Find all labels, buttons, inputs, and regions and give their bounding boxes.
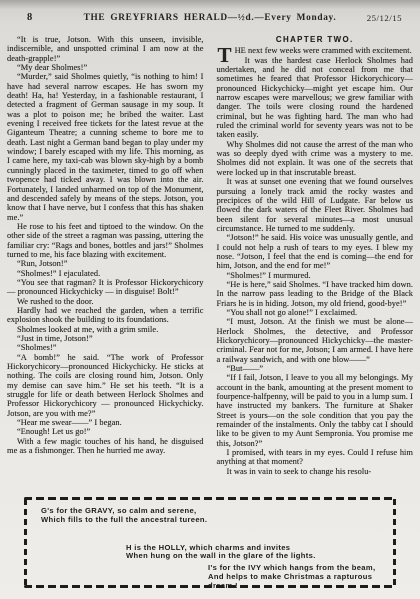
chapter-heading: CHAPTER TWO. — [217, 35, 414, 44]
paragraph: Sholmes looked at me, with a grim smile. — [7, 325, 204, 334]
paragraph: “You shall not go alone!” I exclaimed. — [217, 308, 414, 317]
opening-paragraph: THE next few weeks were crammed with exc… — [217, 46, 414, 55]
masthead-title: THE GREYFRIARS HERALD—½d.—Every Monday. — [0, 13, 420, 23]
verse-line: When hung on the wall in the glare of th… — [126, 552, 384, 561]
verse-2: H is the HOLLY, which charms and invites… — [126, 544, 384, 562]
paragraph: Hardly had we reached the garden, when a… — [7, 306, 204, 325]
paragraph: “Sholmes!” I ejaculated. — [7, 269, 204, 278]
page-header: 8 THE GREYFRIARS HERALD—½d.—Every Monday… — [0, 12, 420, 28]
paragraph: With a few magic touches of his hand, he… — [7, 437, 204, 456]
paragraph: “Hear me swear——” I began. — [7, 418, 204, 427]
paragraph: “It is true, Jotson. With this unseen, i… — [7, 35, 204, 63]
paragraph: It was in vain to seek to change his res… — [217, 467, 414, 476]
paragraph: “Sholmes!” — [7, 343, 204, 352]
paragraph: “My dear Sholmes!” — [7, 63, 204, 72]
verse-box-border-right — [393, 499, 396, 586]
paragraph: “Jotson!” he said. His voice was unusual… — [217, 233, 414, 270]
opening-paragraph-text: HE next few weeks were crammed with exci… — [235, 46, 412, 55]
paragraph: It was the hardest case Herlock Sholmes … — [217, 56, 414, 140]
verse-line: Which fills to the full the ancestral tu… — [41, 516, 384, 525]
verse-box-border-bottom — [24, 585, 396, 588]
verse-box-border-top — [24, 497, 396, 500]
paragraph: He rose to his feet and tiptoed to the w… — [7, 222, 204, 259]
paragraph: “You see that ragman? It is Professor Hi… — [7, 278, 204, 297]
paragraph: “But——” — [217, 364, 414, 373]
issue-date: 25/12/15 — [367, 13, 402, 23]
paragraph: It was at sunset one evening that we fou… — [217, 177, 414, 233]
left-column: “It is true, Jotson. With this unseen, i… — [7, 35, 204, 484]
verse-1: G's for the GRAVY, so calm and serene,Wh… — [41, 507, 384, 525]
paragraph: “I must, Jotson. At the finish we must b… — [217, 317, 414, 364]
paragraph: “Murder,” said Sholmes quietly, “is noth… — [7, 72, 204, 222]
drop-cap: T — [217, 46, 235, 64]
newspaper-page: 8 THE GREYFRIARS HERALD—½d.—Every Monday… — [0, 0, 420, 599]
paragraph: Why Sholmes did not cause the arrest of … — [217, 140, 414, 177]
right-column: CHAPTER TWO. THE next few weeks were cra… — [217, 35, 414, 484]
paragraph: “A bomb!” he said. “The work of Professo… — [7, 353, 204, 418]
verse-box: G's for the GRAVY, so calm and serene,Wh… — [24, 497, 396, 588]
article-columns: “It is true, Jotson. With this unseen, i… — [0, 35, 420, 484]
verse-box-border-left — [24, 499, 27, 586]
paragraph: “Just in time, Jotson!” — [7, 334, 204, 343]
paragraph: “If I fail, Jotson, I leave to you all m… — [217, 373, 414, 448]
paragraph: We rushed to the door. — [7, 297, 204, 306]
paragraph: “Enough! Let us go!” — [7, 427, 204, 436]
paragraph: “Run, Jotson!” — [7, 259, 204, 268]
paragraph: “He is here,” said Sholmes. “I have trac… — [217, 280, 414, 308]
paragraph: I promised, with tears in my eyes. Could… — [217, 448, 414, 467]
paragraph: “Sholmes!” I murmured. — [217, 271, 414, 280]
right-column-paragraphs: It was the hardest case Herlock Sholmes … — [217, 56, 414, 476]
